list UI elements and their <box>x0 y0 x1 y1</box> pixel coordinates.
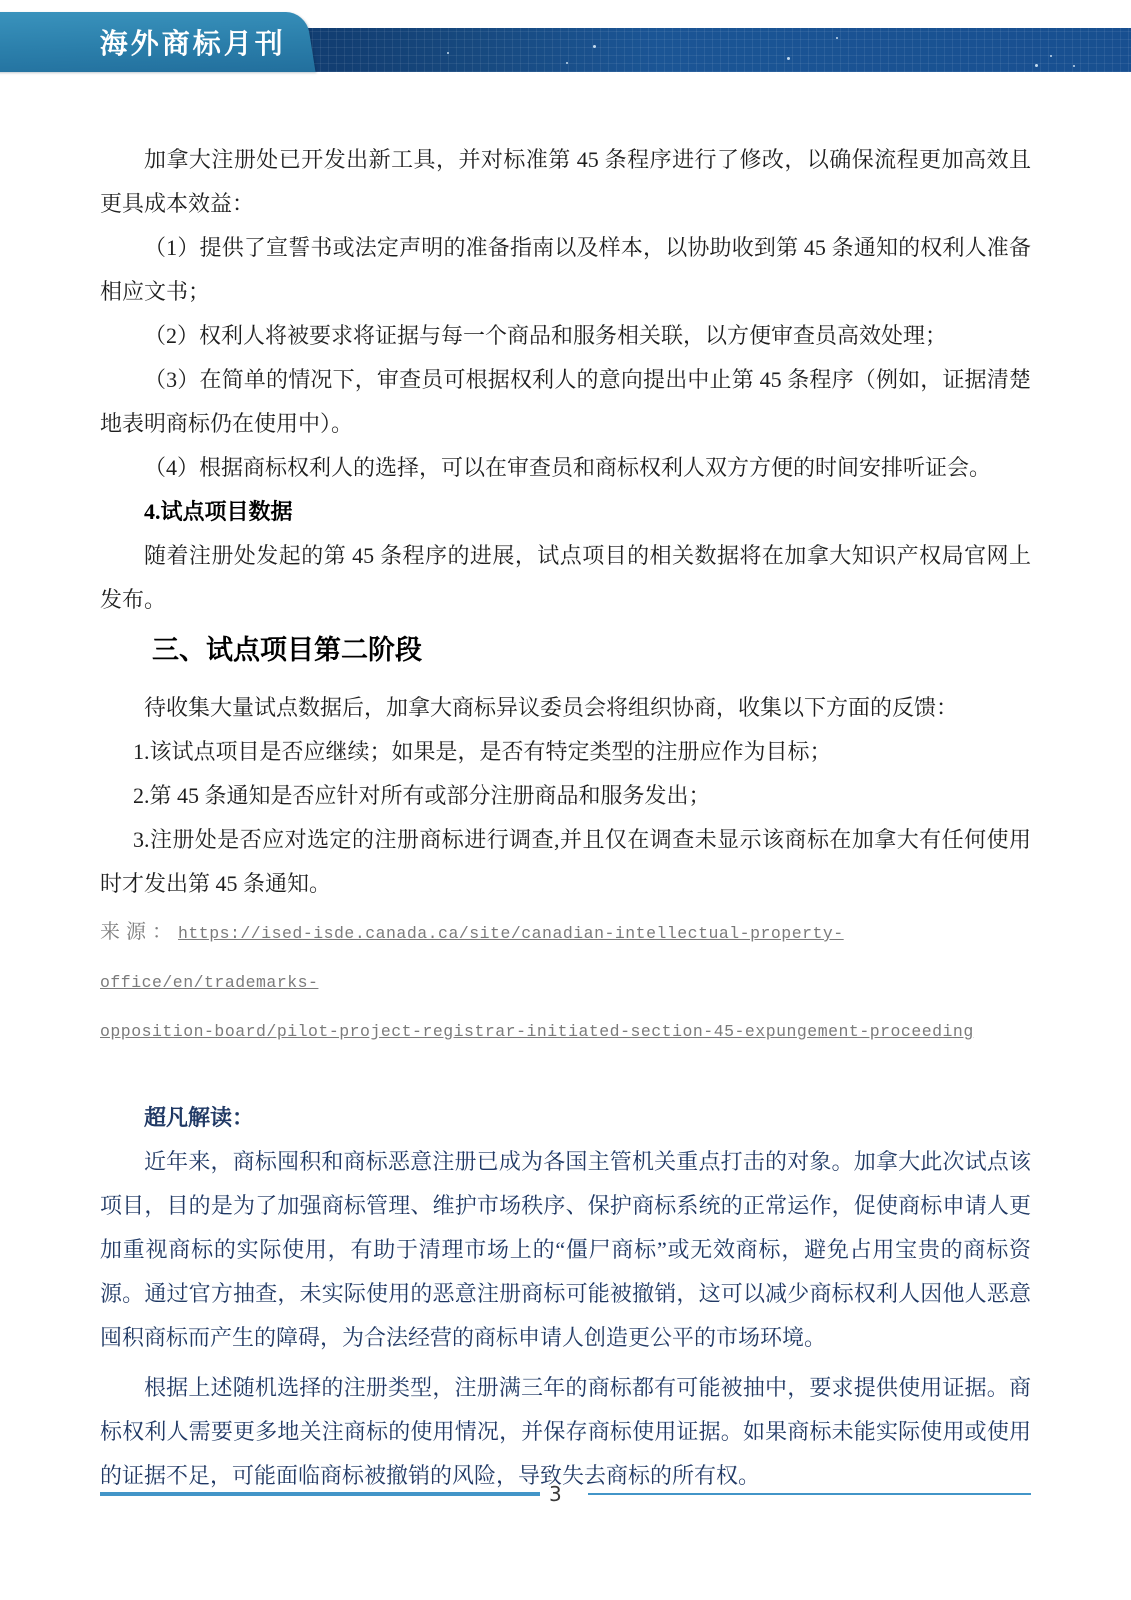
source-label: 来源： <box>100 921 178 943</box>
page-number: 3 <box>549 1484 562 1504</box>
document-page: 海外商标月刊 加拿大注册处已开发出新工具，并对标准第 45 条程序进行了修改，以… <box>0 0 1131 1600</box>
feedback-item-1: 1.该试点项目是否应继续；如果是，是否有特定类型的注册应作为目标； <box>100 730 1031 774</box>
source-line: 来源：https://ised-isde.canada.ca/site/cana… <box>100 908 1031 1055</box>
pilot-data-paragraph: 随着注册处发起的第 45 条程序的进展，试点项目的相关数据将在加拿大知识产权局官… <box>100 534 1031 622</box>
sparkle-dot <box>1050 55 1052 57</box>
feedback-item-2: 2.第 45 条通知是否应针对所有或部分注册商品和服务发出； <box>100 774 1031 818</box>
section-three-title: 三、试点项目第二阶段 <box>100 622 1031 678</box>
tool-item-1: （1）提供了宣誓书或法定声明的准备指南以及样本，以协助收到第 45 条通知的权利… <box>100 226 1031 314</box>
page-footer: 3 <box>100 1484 1031 1504</box>
tool-item-2: （2）权利人将被要求将证据与每一个商品和服务相关联，以方便审查员高效处理； <box>100 314 1031 358</box>
sparkle-dot <box>566 62 568 64</box>
source-link-line1[interactable]: https://ised-isde.canada.ca/site/canadia… <box>100 924 844 992</box>
section-three-intro: 待收集大量试点数据后，加拿大商标异议委员会将组织协商，收集以下方面的反馈： <box>100 686 1031 730</box>
intro-paragraph: 加拿大注册处已开发出新工具，并对标准第 45 条程序进行了修改，以确保流程更加高… <box>100 138 1031 226</box>
footer-rule-right <box>588 1493 1031 1495</box>
tool-item-4: （4）根据商标权利人的选择，可以在审查员和商标权利人双方方便的时间安排听证会。 <box>100 446 1031 490</box>
analysis-paragraph-1: 近年来，商标囤积和商标恶意注册已成为各国主管机关重点打击的对象。加拿大此次试点该… <box>100 1140 1031 1360</box>
sparkle-dot <box>1073 65 1075 67</box>
feedback-item-3: 3.注册处是否应对选定的注册商标进行调查,并且仅在调查未显示该商标在加拿大有任何… <box>100 818 1031 906</box>
footer-rule-left <box>100 1492 540 1496</box>
sparkle-dot <box>836 37 838 39</box>
document-body: 加拿大注册处已开发出新工具，并对标准第 45 条程序进行了修改，以确保流程更加高… <box>100 138 1031 1498</box>
analysis-heading: 超凡解读： <box>100 1096 1031 1140</box>
analysis-paragraph-2: 根据上述随机选择的注册类型，注册满三年的商标都有可能被抽中，要求提供使用证据。商… <box>100 1366 1031 1498</box>
sparkle-dot <box>447 52 449 54</box>
tool-item-3: （3）在简单的情况下，审查员可根据权利人的意向提出中止第 45 条程序（例如，证… <box>100 358 1031 446</box>
sparkle-dot <box>593 45 596 48</box>
source-link-line2[interactable]: opposition-board/pilot-project-registrar… <box>100 1022 974 1041</box>
sparkle-dot <box>1035 64 1038 67</box>
masthead-tab: 海外商标月刊 <box>0 12 316 72</box>
masthead-title: 海外商标月刊 <box>12 22 286 62</box>
pilot-data-heading: 4.试点项目数据 <box>100 490 1031 534</box>
sparkle-dot <box>787 57 790 60</box>
